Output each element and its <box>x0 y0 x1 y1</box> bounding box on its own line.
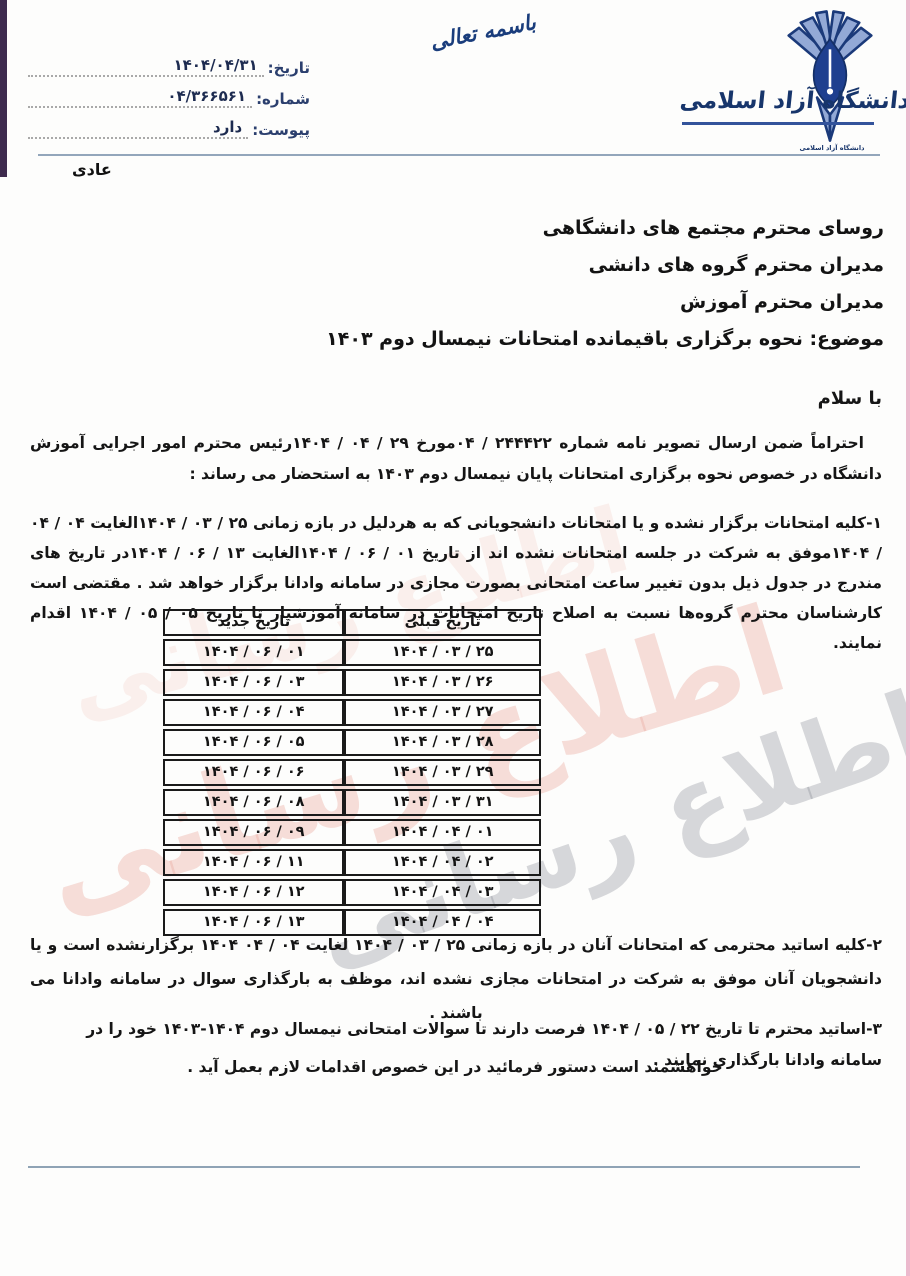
previous-date-cell: ۲۵ / ۰۳ / ۱۴۰۴ <box>344 639 541 666</box>
table-row: ۰۱ / ۰۴ / ۱۴۰۴ ۰۹ / ۰۶ / ۱۴۰۴ <box>163 819 541 846</box>
previous-date-cell: ۲۸ / ۰۳ / ۱۴۰۴ <box>344 729 541 756</box>
table-row: ۲۵ / ۰۳ / ۱۴۰۴ ۰۱ / ۰۶ / ۱۴۰۴ <box>163 639 541 666</box>
new-date-cell: ۰۱ / ۰۶ / ۱۴۰۴ <box>163 639 344 666</box>
new-date-cell: ۰۳ / ۰۶ / ۱۴۰۴ <box>163 669 344 696</box>
new-date-cell: ۰۵ / ۰۶ / ۱۴۰۴ <box>163 729 344 756</box>
new-date-cell: ۰۶ / ۰۶ / ۱۴۰۴ <box>163 759 344 786</box>
footer-divider <box>28 1166 860 1168</box>
letter-attachment-field: پیوست: دارد <box>28 108 310 139</box>
closing-line: خواهشمند است دستور فرمائید در این خصوص ا… <box>0 1058 910 1076</box>
attachment-value: دارد <box>213 118 242 136</box>
date-label: تاریخ: <box>268 59 310 77</box>
letter-number-field: شماره: ۰۴/۳۶۶۵۶۱ <box>28 77 310 108</box>
date-value: ۱۴۰۴/۰۴/۳۱ <box>173 56 257 74</box>
new-date-cell: ۱۲ / ۰۶ / ۱۴۰۴ <box>163 879 344 906</box>
table-row: ۲۸ / ۰۳ / ۱۴۰۴ ۰۵ / ۰۶ / ۱۴۰۴ <box>163 729 541 756</box>
university-wordmark: دانشگاه آزاد اسلامی <box>679 88 910 114</box>
basmala-calligraphy: باسمه تعالی <box>397 4 568 60</box>
table-row: ۰۳ / ۰۴ / ۱۴۰۴ ۱۲ / ۰۶ / ۱۴۰۴ <box>163 879 541 906</box>
previous-date-cell: ۲۶ / ۰۳ / ۱۴۰۴ <box>344 669 541 696</box>
new-date-cell: ۰۴ / ۰۶ / ۱۴۰۴ <box>163 699 344 726</box>
number-value: ۰۴/۳۶۶۵۶۱ <box>167 87 246 105</box>
letterhead-fields: تاریخ: ۱۴۰۴/۰۴/۳۱ شماره: ۰۴/۳۶۶۵۶۱ پیوست… <box>28 46 310 139</box>
table-row: ۳۱ / ۰۳ / ۱۴۰۴ ۰۸ / ۰۶ / ۱۴۰۴ <box>163 789 541 816</box>
recipients-block: روسای محترم مجتمع های دانشگاهی مدیران مح… <box>30 210 884 358</box>
previous-date-header: تاریخ قبلی <box>344 609 541 636</box>
intro-paragraph: احتراماً ضمن ارسال تصویر نامه شماره ۲۴۴۴… <box>30 428 882 490</box>
previous-date-cell: ۲۷ / ۰۳ / ۱۴۰۴ <box>344 699 541 726</box>
number-label: شماره: <box>256 90 310 108</box>
number-dotted-line: ۰۴/۳۶۶۵۶۱ <box>28 86 252 108</box>
table-row: ۰۲ / ۰۴ / ۱۴۰۴ ۱۱ / ۰۶ / ۱۴۰۴ <box>163 849 541 876</box>
letter-page: اطلاع رسانی اطلاع رسانی اطلاع رسانی تاری… <box>0 0 910 1276</box>
subject-line: موضوع: نحوه برگزاری باقیمانده امتحانات ن… <box>30 321 884 358</box>
previous-date-cell: ۲۹ / ۰۳ / ۱۴۰۴ <box>344 759 541 786</box>
scan-right-edge-bar <box>906 0 910 1276</box>
previous-date-cell: ۰۱ / ۰۴ / ۱۴۰۴ <box>344 819 541 846</box>
new-date-cell: ۱۱ / ۰۶ / ۱۴۰۴ <box>163 849 344 876</box>
recipient-line-2: مدیران محترم گروه های دانشی <box>30 247 884 284</box>
table-header-row: تاریخ قبلی تاریخ جدید <box>163 609 541 636</box>
new-date-cell: ۰۹ / ۰۶ / ۱۴۰۴ <box>163 819 344 846</box>
header-divider <box>38 154 880 156</box>
emblem-caption: دانشگاه آزاد اسلامی <box>786 144 878 152</box>
table-row: ۲۹ / ۰۳ / ۱۴۰۴ ۰۶ / ۰۶ / ۱۴۰۴ <box>163 759 541 786</box>
table-row: ۲۷ / ۰۳ / ۱۴۰۴ ۰۴ / ۰۶ / ۱۴۰۴ <box>163 699 541 726</box>
date-dotted-line: ۱۴۰۴/۰۴/۳۱ <box>28 55 264 77</box>
previous-date-cell: ۰۲ / ۰۴ / ۱۴۰۴ <box>344 849 541 876</box>
previous-date-cell: ۳۱ / ۰۳ / ۱۴۰۴ <box>344 789 541 816</box>
new-date-cell: ۰۸ / ۰۶ / ۱۴۰۴ <box>163 789 344 816</box>
wordmark-underline <box>682 122 874 125</box>
attachment-label: پیوست: <box>252 121 310 139</box>
university-logo: دانشگاه آزاد اسلامی دانشگاه آزاد اسلامی <box>686 8 884 176</box>
exam-dates-table: تاریخ قبلی تاریخ جدید ۲۵ / ۰۳ / ۱۴۰۴ ۰۱ … <box>163 606 541 939</box>
previous-date-cell: ۰۳ / ۰۴ / ۱۴۰۴ <box>344 879 541 906</box>
recipient-line-1: روسای محترم مجتمع های دانشگاهی <box>30 210 884 247</box>
salutation: با سلام <box>818 388 882 409</box>
letter-date-field: تاریخ: ۱۴۰۴/۰۴/۳۱ <box>28 46 310 77</box>
recipient-line-3: مدیران محترم آموزش <box>30 284 884 321</box>
table-row: ۲۶ / ۰۳ / ۱۴۰۴ ۰۳ / ۰۶ / ۱۴۰۴ <box>163 669 541 696</box>
scan-left-edge-bar <box>0 0 7 177</box>
classification-label: عادی <box>72 160 112 179</box>
new-date-header: تاریخ جدید <box>163 609 344 636</box>
attachment-dotted-line: دارد <box>28 117 248 139</box>
exam-dates-table-wrapper: تاریخ قبلی تاریخ جدید ۲۵ / ۰۳ / ۱۴۰۴ ۰۱ … <box>163 606 541 939</box>
